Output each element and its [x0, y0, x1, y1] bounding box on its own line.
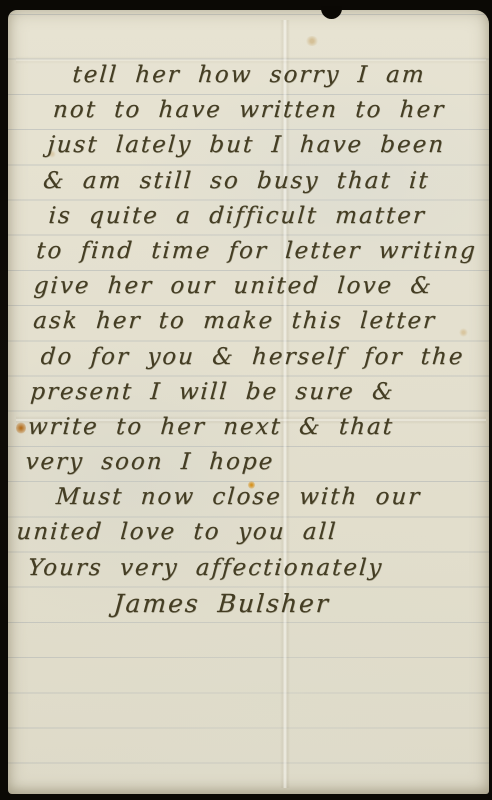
foxing-spot	[305, 36, 319, 46]
letter-signature: James Bulsher	[112, 586, 474, 621]
handwriting-line: very soon I hope	[24, 445, 484, 480]
handwriting-line: write to her next & that	[27, 410, 487, 445]
handwriting-line: do for you & herself for the	[40, 340, 492, 375]
handwriting-line: give her our united love &	[32, 269, 492, 304]
handwriting-line: not to have written to her	[52, 93, 492, 128]
handwriting-line: & am still so busy that it	[42, 164, 492, 199]
handwriting-line: to find time for letter writing	[35, 234, 492, 269]
handwriting-line: is quite a difficult matter	[47, 199, 492, 234]
handwriting-line: just lately but I have been	[46, 128, 492, 163]
handwriting-line: present I will be sure &	[29, 375, 489, 410]
letter-closing: Yours very affectionately	[27, 551, 477, 586]
handwriting-line: tell her how sorry I am	[71, 58, 492, 93]
handwriting-line: ask her to make this letter	[32, 304, 492, 339]
handwriting-line: united love to you all	[15, 515, 479, 550]
letter-text: tell her how sorry I am not to have writ…	[0, 58, 492, 621]
photo-background: tell her how sorry I am not to have writ…	[0, 0, 492, 800]
handwriting-line: Must now close with our	[55, 480, 482, 515]
